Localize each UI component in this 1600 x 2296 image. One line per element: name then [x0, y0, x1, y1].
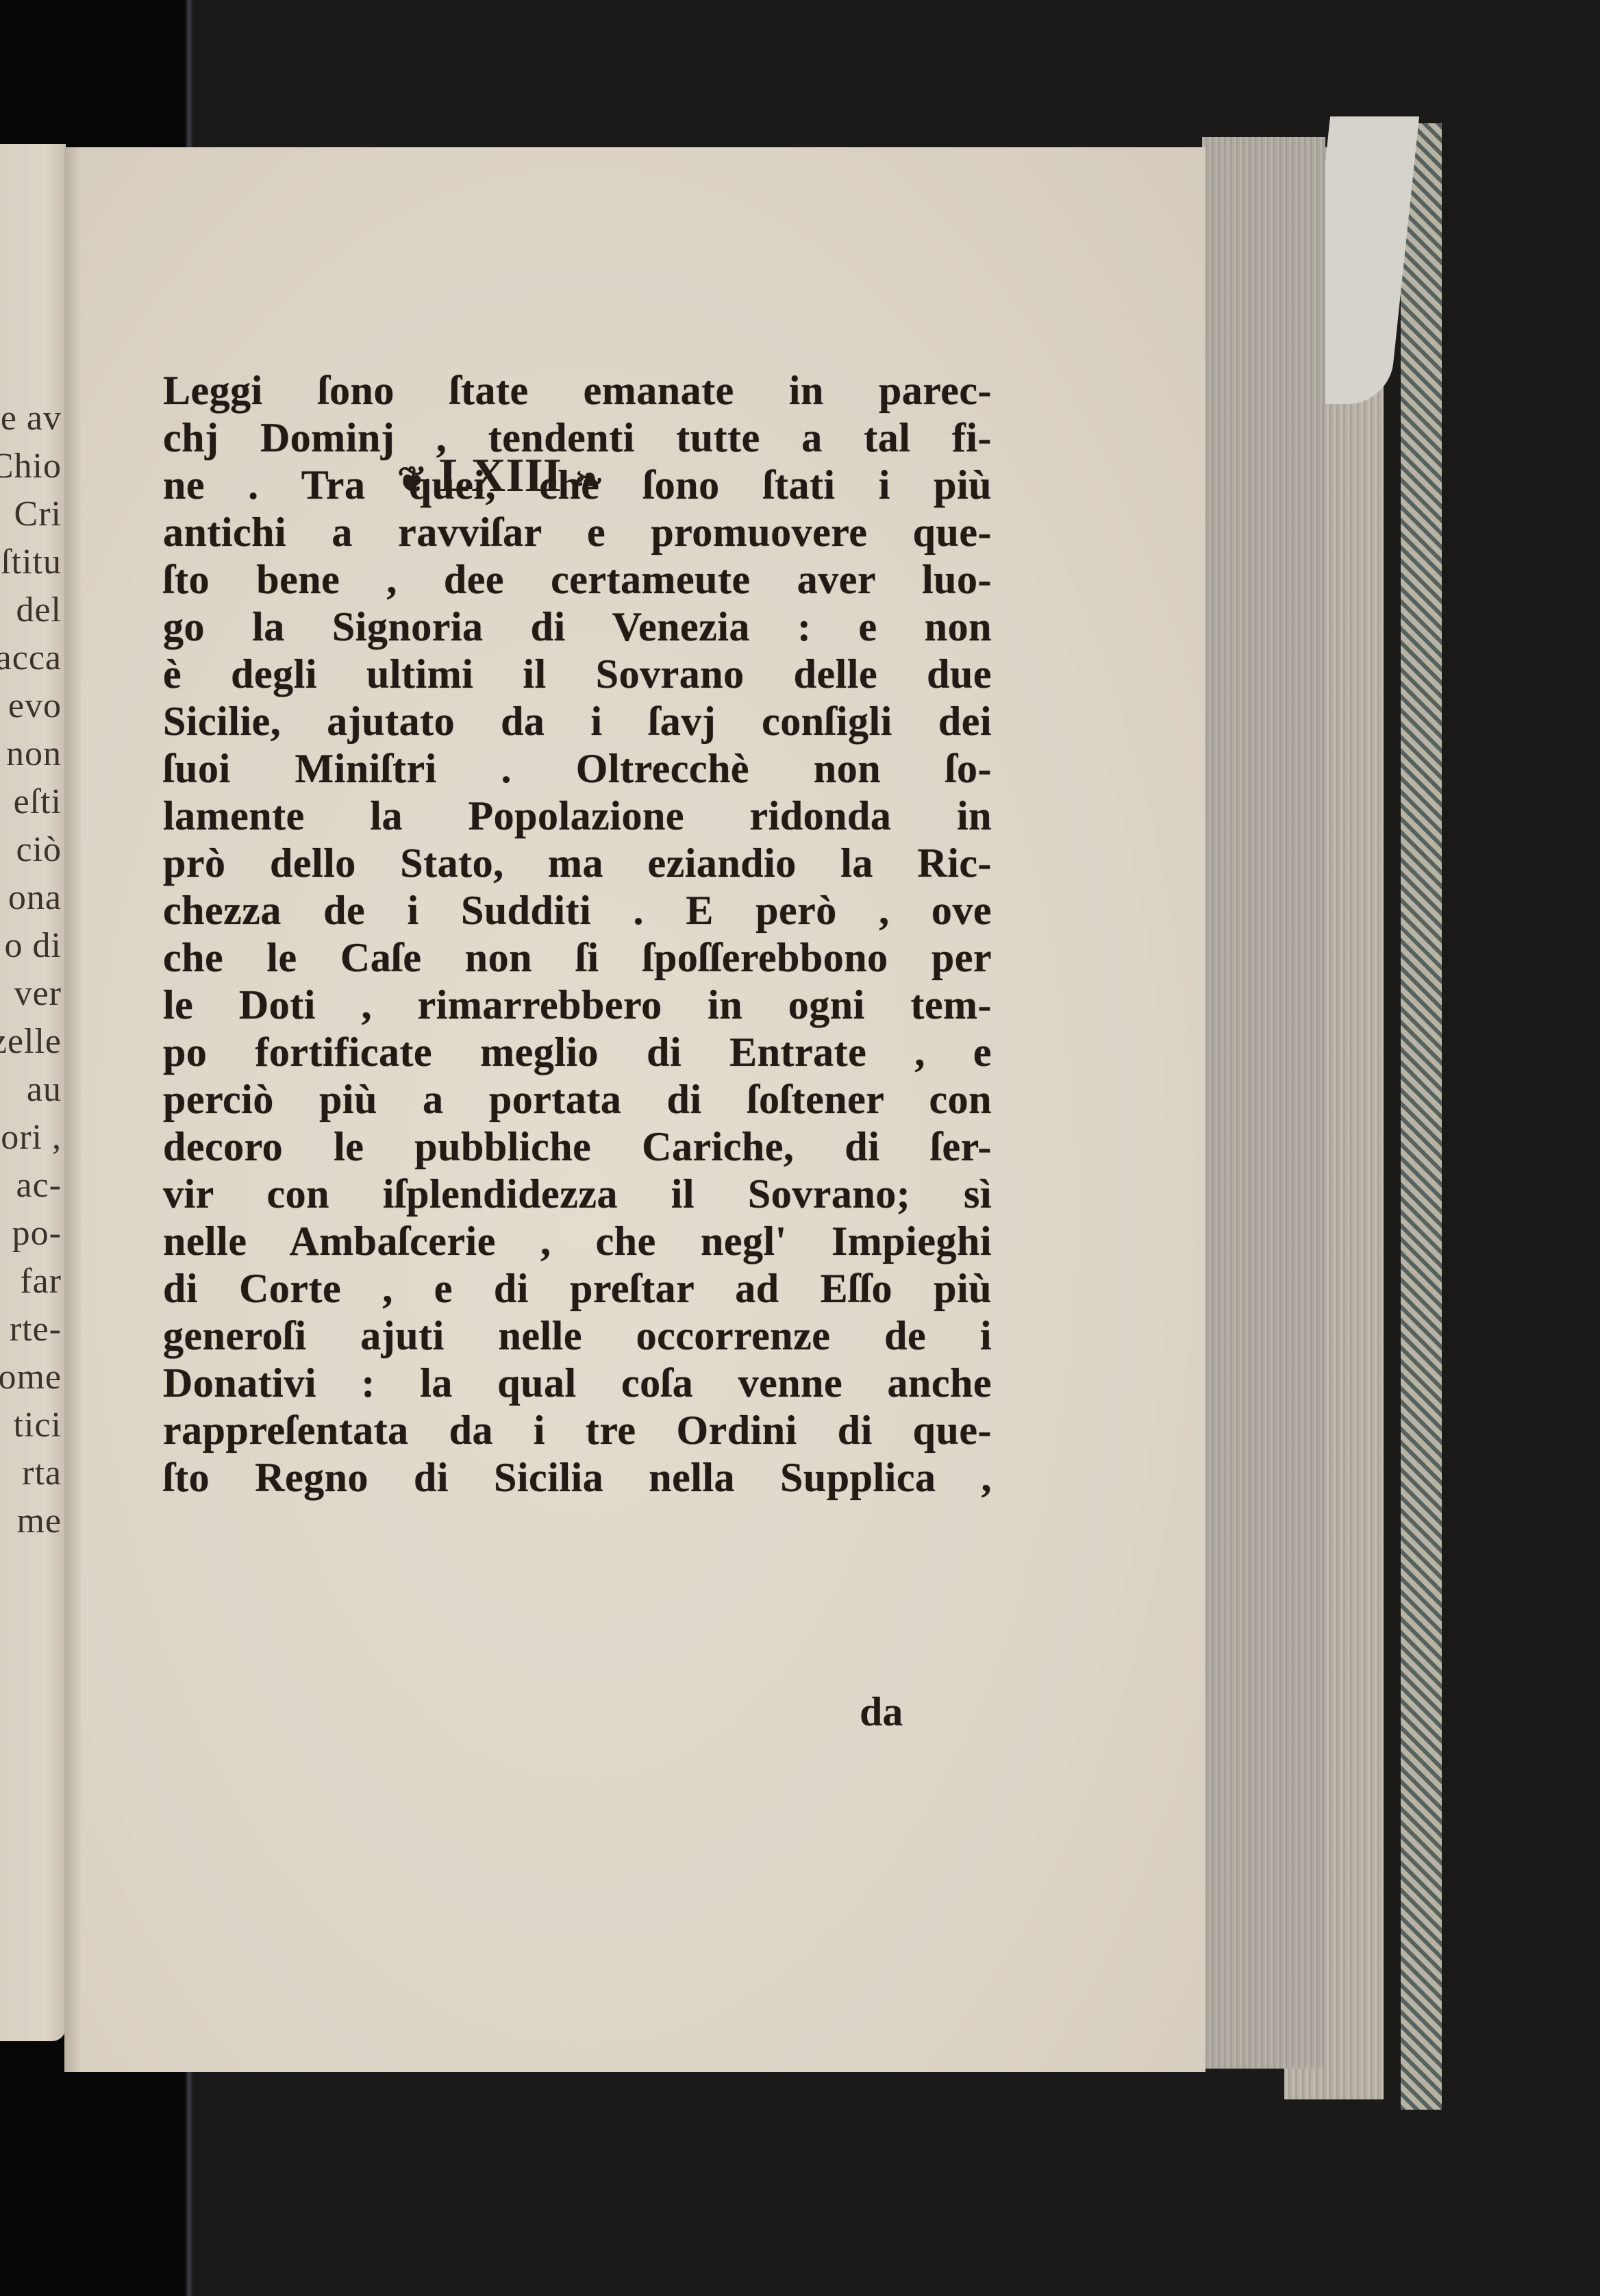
page-edges — [1202, 137, 1325, 2069]
right-page: ❦ LXIII ❧ Leggi ſono ſtate emanate in pa… — [75, 147, 1205, 2072]
text-line: go la Signoria di Venezia : e non — [163, 606, 992, 647]
left-page-fragment: me — [16, 1503, 62, 1539]
left-page-fragment: far — [20, 1264, 62, 1299]
book-binding — [1401, 123, 1442, 2110]
left-page-fragment: rta — [22, 1456, 62, 1491]
left-page-sliver: e av Chio Cri ſtitu del acca evo non eſt… — [0, 144, 66, 2041]
text-line: chj Dominj , tendenti tutte a tal fi- — [163, 417, 992, 458]
text-line: vir con iſplendidezza il Sovrano; sì — [163, 1173, 992, 1214]
text-line: prò dello Stato, ma eziandio la Ric- — [163, 843, 992, 884]
left-page-fragment: po- — [12, 1216, 62, 1251]
text-line: che le Caſe non ſi ſpoſſerebbono per — [163, 937, 992, 978]
text-line: le Doti , rimarrebbero in ogni tem- — [163, 984, 992, 1025]
left-page-fragment: ciò — [16, 832, 62, 868]
left-page-fragment: ona — [8, 880, 62, 916]
left-page-fragment: rte- — [10, 1312, 62, 1347]
text-line: ſuoi Miniſtri . Oltrecchè non ſo- — [163, 748, 992, 789]
text-line: è degli ultimi il Sovrano delle due — [163, 653, 992, 695]
left-page-fragment: Cri — [14, 497, 62, 532]
left-page-fragment: e av — [1, 401, 62, 436]
left-page-fragment: ac- — [16, 1168, 62, 1203]
text-line: decoro le pubbliche Cariche, di ſer- — [163, 1126, 992, 1167]
text-line: Donativi : la qual coſa venne anche — [163, 1362, 992, 1403]
left-page-fragment: o di — [5, 928, 62, 964]
left-page-fragment: ſtitu — [1, 545, 62, 580]
left-page-fragment: del — [16, 592, 62, 628]
left-page-fragment: tici — [14, 1408, 62, 1443]
left-page-fragment: eſti — [14, 784, 62, 820]
text-line: perciò più a portata di ſoſtener con — [163, 1079, 992, 1120]
text-line: antichi a ravviſar e promuovere que- — [163, 512, 992, 553]
left-page-fragment: evo — [8, 688, 62, 724]
text-line: lamente la Popolazione ridonda in — [163, 795, 992, 836]
text-line: chezza de i Sudditi . E però , ove — [163, 890, 992, 931]
left-page-fragment: acca — [0, 640, 62, 676]
text-line: Sicilie, ajutato da i ſavj conſigli dei — [163, 701, 992, 742]
left-page-fragment: non — [6, 736, 62, 772]
background-right — [1438, 110, 1600, 2296]
left-page-fragment: zelle — [0, 1024, 62, 1060]
text-line: ſto Regno di Sicilia nella Supplica , — [163, 1457, 992, 1498]
text-line: nelle Ambaſcerie , che negl' Impieghi — [163, 1221, 992, 1262]
left-page-fragment: Chio — [0, 449, 62, 484]
text-line: generoſi ajuti nelle occorrenze de i — [163, 1315, 992, 1356]
text-line: di Corte , e di preſtar ad Eſſo più — [163, 1268, 992, 1309]
text-line: rappreſentata da i tre Ordini di que- — [163, 1410, 992, 1451]
text-line: po fortificate meglio di Entrate , e — [163, 1032, 992, 1073]
text-line: ne . Tra quei, che ſono ſtati i più — [163, 464, 992, 506]
left-page-fragment: ver — [14, 976, 62, 1012]
text-line: Leggi ſono ſtate emanate in parec- — [163, 370, 992, 411]
left-page-fragment: ome — [0, 1360, 62, 1395]
left-page-fragment: au — [27, 1072, 62, 1108]
gutter-shadow — [64, 147, 81, 2072]
catchword: da — [860, 1688, 903, 1736]
text-line: ſto bene , dee certameute aver luo- — [163, 559, 992, 600]
left-page-fragment: ori , — [1, 1120, 62, 1156]
